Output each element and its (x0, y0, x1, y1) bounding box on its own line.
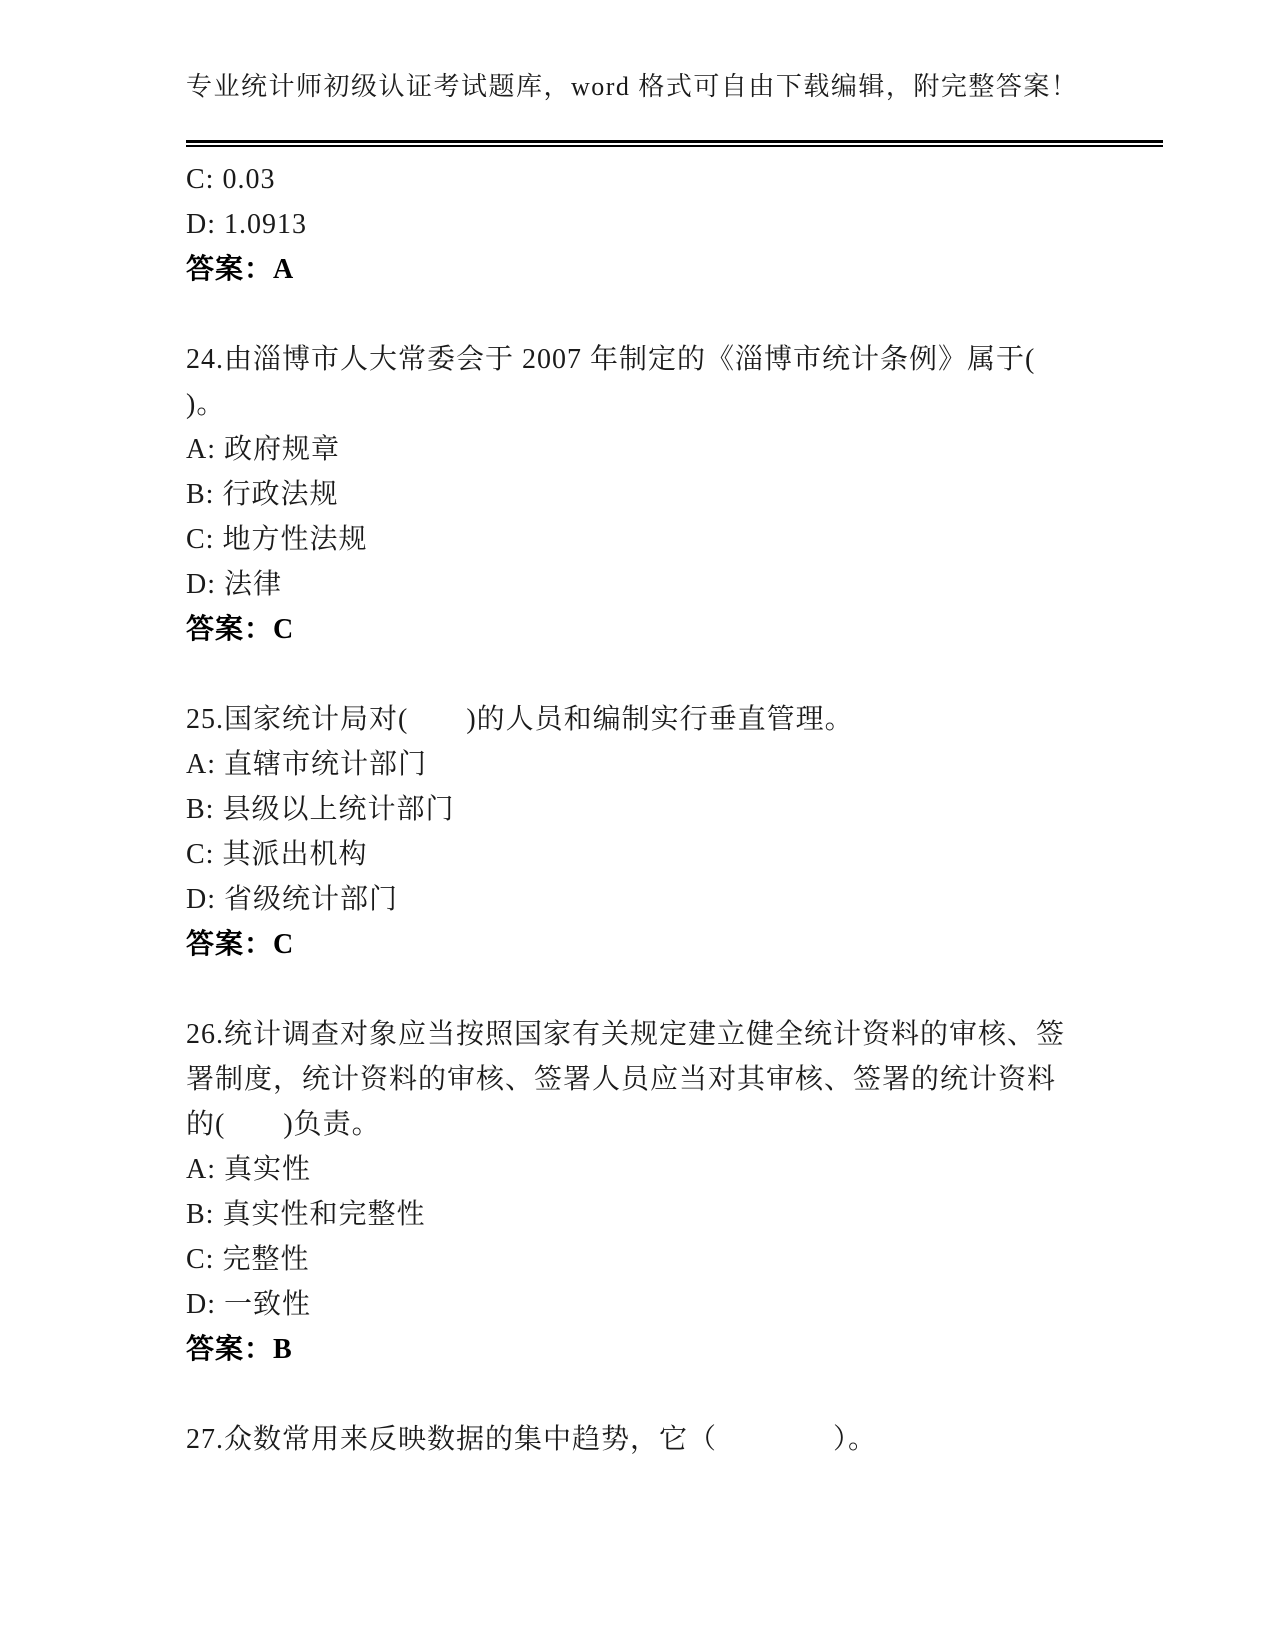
answer-line: 答案：B (186, 1327, 1163, 1372)
option-line-a: A: 直辖市统计部门 (186, 742, 1163, 787)
divider-line-top (186, 140, 1163, 143)
header-divider (186, 140, 1163, 147)
question-block-25: 25.国家统计局对( )的人员和编制实行垂直管理。 A: 直辖市统计部门 B: … (186, 697, 1163, 967)
option-line-d: D: 1.0913 (186, 202, 1163, 247)
option-line-a: A: 真实性 (186, 1147, 1163, 1192)
option-line-c: C: 地方性法规 (186, 517, 1163, 562)
option-line-a: A: 政府规章 (186, 427, 1163, 472)
question-text: 26.统计调查对象应当按照国家有关规定建立健全统计资料的审核、签 署制度，统计资… (186, 1012, 1163, 1147)
question-block-23-tail: C: 0.03 D: 1.0913 答案：A (186, 157, 1163, 292)
answer-line: 答案：C (186, 607, 1163, 652)
option-line-d: D: 法律 (186, 562, 1163, 607)
question-block-27: 27.众数常用来反映数据的集中趋势，它（ ）。 (186, 1417, 1163, 1462)
option-line-b: B: 行政法规 (186, 472, 1163, 517)
option-line-d: D: 一致性 (186, 1282, 1163, 1327)
page-header: 专业统计师初级认证考试题库，word 格式可自由下载编辑，附完整答案！ (186, 70, 1163, 147)
question-text: 27.众数常用来反映数据的集中趋势，它（ ）。 (186, 1417, 1163, 1462)
document-page: 专业统计师初级认证考试题库，word 格式可自由下载编辑，附完整答案！ C: 0… (0, 0, 1275, 1650)
question-block-26: 26.统计调查对象应当按照国家有关规定建立健全统计资料的审核、签 署制度，统计资… (186, 1012, 1163, 1372)
option-line-b: B: 县级以上统计部门 (186, 787, 1163, 832)
option-line-d: D: 省级统计部门 (186, 877, 1163, 922)
option-line-c: C: 完整性 (186, 1237, 1163, 1282)
question-text: 25.国家统计局对( )的人员和编制实行垂直管理。 (186, 697, 1163, 742)
answer-line: 答案：A (186, 247, 1163, 292)
page-header-title: 专业统计师初级认证考试题库，word 格式可自由下载编辑，附完整答案！ (186, 70, 1163, 104)
answer-line: 答案：C (186, 922, 1163, 967)
question-block-24: 24.由淄博市人大常委会于 2007 年制定的《淄博市统计条例》属于( )。 A… (186, 337, 1163, 652)
option-line-c: C: 0.03 (186, 157, 1163, 202)
question-text: 24.由淄博市人大常委会于 2007 年制定的《淄博市统计条例》属于( )。 (186, 337, 1163, 427)
option-line-b: B: 真实性和完整性 (186, 1192, 1163, 1237)
document-body: C: 0.03 D: 1.0913 答案：A 24.由淄博市人大常委会于 200… (186, 147, 1163, 1462)
option-line-c: C: 其派出机构 (186, 832, 1163, 877)
